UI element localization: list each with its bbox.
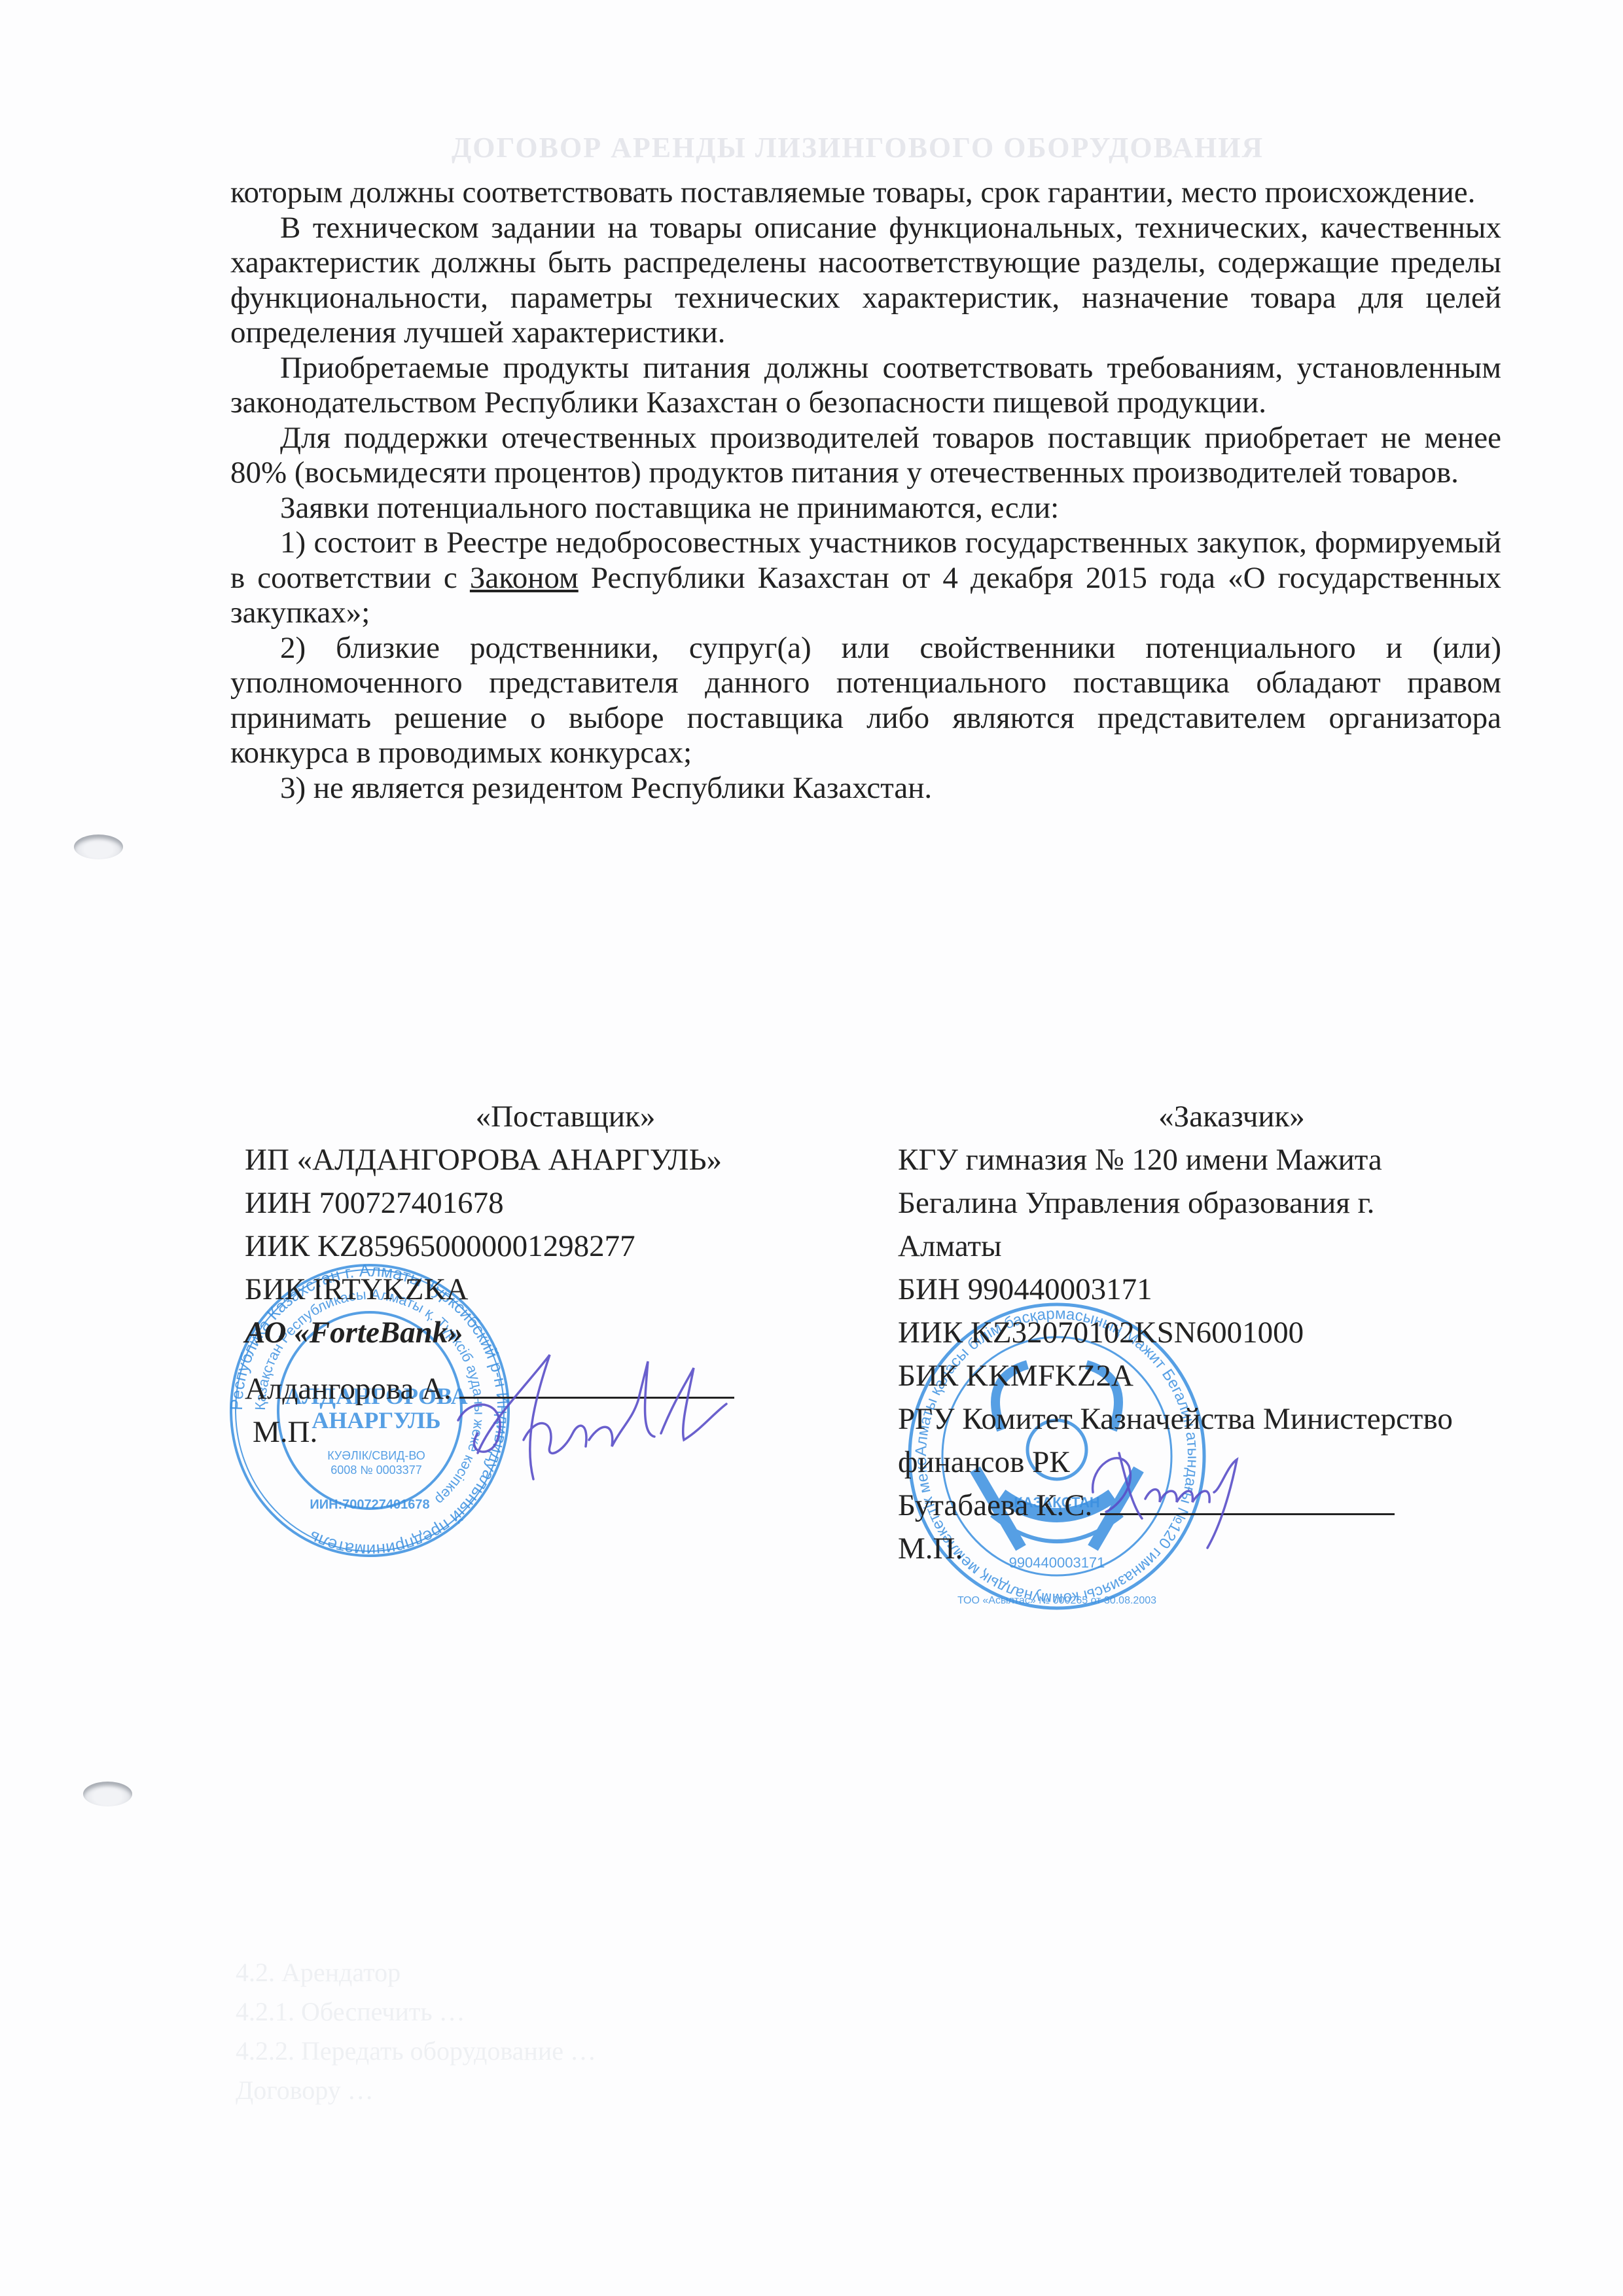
hole-punch-bottom (83, 1782, 132, 1806)
customer-name-line3: Алматы (898, 1225, 1513, 1268)
bleed-through-text: Договору … (236, 2075, 374, 2106)
customer-signature (1080, 1440, 1276, 1551)
bleed-through-text: 4.2.2. Передать оборудование … (236, 2036, 596, 2066)
paragraph-technical-spec: В техническом задании на товары описание… (230, 211, 1501, 351)
paragraph-rejection-2: 2) близкие родственники, супруг(а) или с… (230, 631, 1501, 771)
svg-text:ТОО «Асылтас» № 000265 от 30.0: ТОО «Асылтас» № 000265 от 30.08.2003 (957, 1595, 1156, 1606)
svg-text:ИИН:700727401678: ИИН:700727401678 (310, 1498, 429, 1512)
paragraph-specs-continuation: которым должны соответствовать поставляе… (230, 175, 1501, 211)
hole-punch-top (74, 834, 123, 859)
customer-iik: ИИК KZ32070102KSN6001000 (898, 1311, 1513, 1354)
customer-treasury-line1: РГУ Комитет Казначейства Министерство (898, 1397, 1513, 1441)
document-page: ДОГОВОР АРЕНДЫ ЛИЗИНГОВОГО ОБОРУДОВАНИЯ … (0, 0, 1623, 2296)
supplier-iin: ИИН 700727401678 (245, 1181, 834, 1225)
contract-body: которым должны соответствовать поставляе… (230, 175, 1501, 806)
paragraph-domestic-producers: Для поддержки отечественных производител… (230, 421, 1501, 491)
supplier-iik: ИИК KZ859650000001298277 (245, 1225, 834, 1268)
customer-name-line2: Бегалина Управления образования г. (898, 1181, 1513, 1225)
faint-header-showthrough: ДОГОВОР АРЕНДЫ ЛИЗИНГОВОГО ОБОРУДОВАНИЯ (452, 131, 1264, 164)
customer-name-line1: КГУ гимназия № 120 имени Мажита (898, 1138, 1513, 1181)
customer-bin: БИН 990440003171 (898, 1268, 1513, 1311)
customer-signatory: Бутабаева К.С. (898, 1488, 1092, 1522)
supplier-bik: БИК IRTYKZKA (245, 1268, 834, 1311)
supplier-title: «Поставщик» (245, 1095, 860, 1138)
law-link[interactable]: Законом (470, 561, 579, 595)
supplier-signature (452, 1342, 753, 1492)
bleed-through-text: 4.2. Арендатор (236, 1957, 401, 1988)
paragraph-rejection-3: 3) не является резидентом Республики Каз… (230, 771, 1501, 806)
customer-bik: БИК KKMFKZ2A (898, 1354, 1513, 1397)
svg-text:6008 № 0003377: 6008 № 0003377 (330, 1463, 421, 1477)
supplier-name: ИП «АЛДАНГОРОВА АНАРГУЛЬ» (245, 1138, 834, 1181)
supplier-signatory: Алдангорова А. (245, 1372, 452, 1406)
paragraph-rejection-intro: Заявки потенциального поставщика не прин… (230, 491, 1501, 526)
customer-title: «Заказчик» (898, 1095, 1539, 1138)
bleed-through-text: 4.2.1. Обеспечить … (236, 1996, 465, 2027)
paragraph-food-safety: Приобретаемые продукты питания должны со… (230, 351, 1501, 421)
paragraph-rejection-1: 1) состоит в Реестре недобросовестных уч… (230, 526, 1501, 631)
